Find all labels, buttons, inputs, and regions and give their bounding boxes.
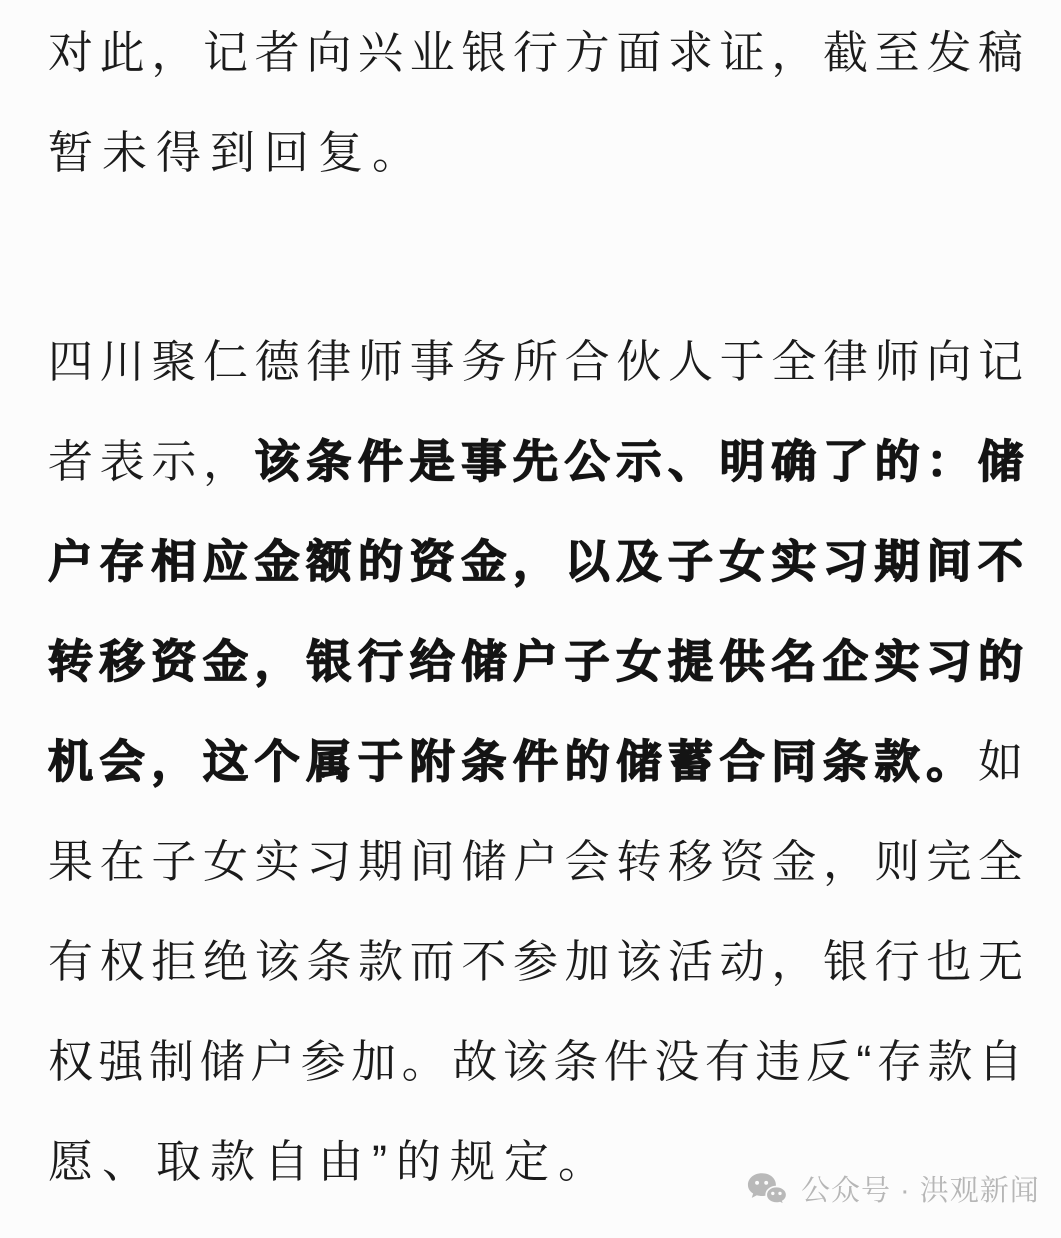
text-line: 权强制储户参加。故该条件没有违反“存款自 (48, 1012, 1023, 1112)
bold-text-run: 该条件是事先公示、明确了的：储 (255, 436, 1023, 487)
text-line: 户存相应金额的资金，以及子女实习期间不 (48, 512, 1023, 612)
text-line: 转移资金，银行给储户子女提供名企实习的 (48, 612, 1023, 712)
text-line: 机会，这个属于附条件的储蓄合同条款。如 (48, 712, 1023, 812)
bold-text-run: 户存相应金额的资金，以及子女实习期间不 (48, 536, 1023, 587)
text-run: 者表示， (48, 436, 255, 487)
bold-text-run: 机会，这个属于附条件的储蓄合同条款。 (48, 736, 978, 787)
text-run: 如 (978, 736, 1023, 787)
text-line: 果在子女实习期间储户会转移资金，则完全 (48, 812, 1023, 912)
wechat-watermark: 公众号 · 洪观新闻 (747, 1172, 1040, 1210)
text-run: 愿、取款自由”的规定。 (48, 1136, 612, 1187)
text-run: 果在子女实习期间储户会转移资金，则完全 (48, 836, 1023, 887)
article-body: 对此，记者向兴业银行方面求证，截至发稿暂未得到回复。四川聚仁德律师事务所合伙人于… (48, 0, 1023, 1212)
paragraph: 对此，记者向兴业银行方面求证，截至发稿暂未得到回复。 (48, 3, 1023, 203)
text-run: 有权拒绝该条款而不参加该活动，银行也无 (48, 936, 1023, 987)
paragraph: 四川聚仁德律师事务所合伙人于全律师向记者表示，该条件是事先公示、明确了的：储户存… (48, 312, 1023, 1212)
text-line: 有权拒绝该条款而不参加该活动，银行也无 (48, 912, 1023, 1012)
text-run: 权强制储户参加。故该条件没有违反“存款自 (48, 1036, 1023, 1087)
bold-text-run: 转移资金，银行给储户子女提供名企实习的 (48, 636, 1023, 687)
text-run: 四川聚仁德律师事务所合伙人于全律师向记 (48, 336, 1023, 387)
text-run: 暂未得到回复。 (48, 127, 426, 178)
text-line: 暂未得到回复。 (48, 103, 1023, 203)
text-line: 四川聚仁德律师事务所合伙人于全律师向记 (48, 312, 1023, 412)
article-page: 对此，记者向兴业银行方面求证，截至发稿暂未得到回复。四川聚仁德律师事务所合伙人于… (0, 0, 1061, 1238)
watermark-text: 公众号 · 洪观新闻 (801, 1172, 1040, 1210)
text-run: 对此，记者向兴业银行方面求证，截至发稿 (48, 27, 1023, 78)
text-line: 者表示，该条件是事先公示、明确了的：储 (48, 412, 1023, 512)
text-line: 对此，记者向兴业银行方面求证，截至发稿 (48, 3, 1023, 103)
wechat-icon (747, 1172, 788, 1210)
